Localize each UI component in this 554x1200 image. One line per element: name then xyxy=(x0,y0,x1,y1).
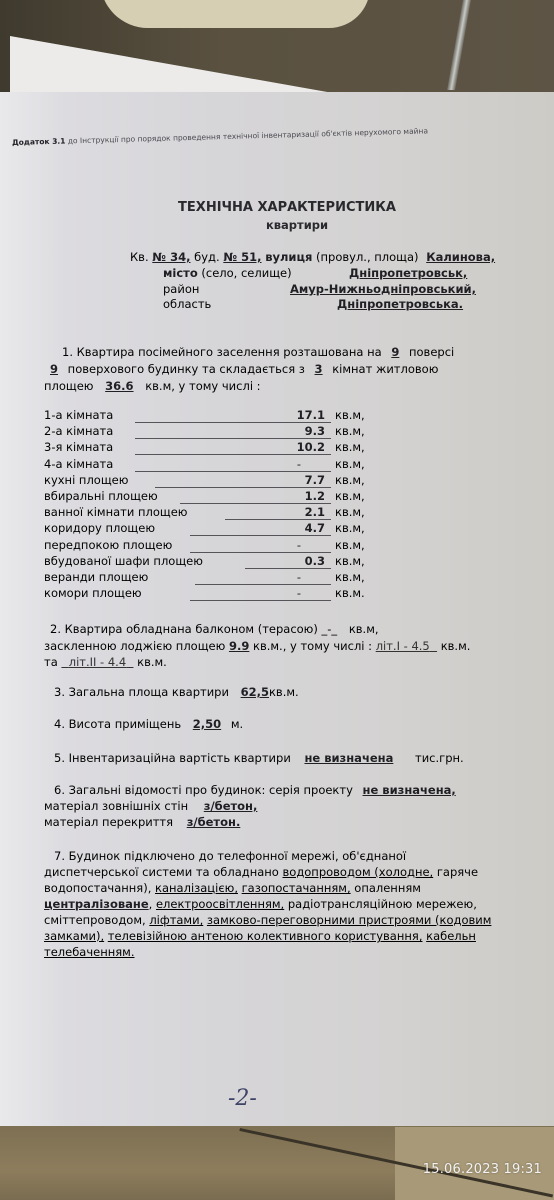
room-area-label: 3-я кімната xyxy=(44,440,135,454)
section-2-line-1: 2. Квартира обладнана балконом (терасою)… xyxy=(50,622,379,636)
room-area-label: 1-а кімната xyxy=(44,408,135,422)
room-area-row: 4-а кімната-кв.м, xyxy=(44,457,365,472)
address-line-city: місто (село, селище) xyxy=(163,266,292,280)
heating-value: централізоване xyxy=(44,897,149,911)
room-area-row: 2-а кімната9.3кв.м, xyxy=(44,424,365,439)
room-area-value: - xyxy=(190,538,331,553)
room-area-row: передпокою площею-кв.м, xyxy=(44,538,365,553)
room-area-unit: кв.м. xyxy=(335,586,365,600)
room-area-unit: кв.м, xyxy=(335,505,365,519)
street-name: Калинова, xyxy=(426,250,495,264)
room-area-label: ванної кімнати площею xyxy=(44,505,225,519)
section-5: 5. Інвентаризаційна вартість квартири не… xyxy=(54,751,464,765)
background-object xyxy=(100,0,370,28)
section-6-line-2: матеріал зовнішніх стін з/бетон, xyxy=(44,799,257,813)
document-title: ТЕХНІЧНА ХАРАКТЕРИСТИКА xyxy=(0,200,554,215)
total-floors-value: 9 xyxy=(44,362,64,376)
project-series-value: не визначена, xyxy=(363,783,456,797)
room-area-value: 0.3 xyxy=(245,554,331,569)
room-area-value: 10.2 xyxy=(135,440,331,455)
room-area-unit: кв.м, xyxy=(335,538,365,552)
room-area-label: 4-а кімната xyxy=(44,457,135,471)
address-line-1: Кв. № 34, буд. № 51, вулиця (провул., пл… xyxy=(130,250,495,264)
room-area-row: 1-а кімната17.1кв.м, xyxy=(44,408,365,423)
room-area-unit: кв.м, xyxy=(335,424,365,438)
room-area-value: - xyxy=(190,586,331,601)
room-area-value: 1.2 xyxy=(180,489,331,504)
room-area-label: 2-а кімната xyxy=(44,424,135,438)
room-area-value: 7.7 xyxy=(155,473,331,488)
living-area-value: 36.6 xyxy=(97,379,141,393)
region-name: Дніпропетровська. xyxy=(337,297,463,311)
loggia-part-1: літ.І - 4.5 xyxy=(376,639,437,653)
room-area-unit: кв.м, xyxy=(335,489,365,503)
room-area-label: вбиральні площею xyxy=(44,489,180,503)
header-note-prefix: Додаток 3.1 xyxy=(12,137,66,147)
section-7-line-4: централізоване, електроосвітленням, раді… xyxy=(44,897,477,911)
district-name: Амур-Нижньодніпровський, xyxy=(290,282,476,296)
section-6-line-1: 6. Загальні відомості про будинок: серія… xyxy=(54,783,456,797)
loggia-part-2: літ.ІІ - 4.4 xyxy=(61,655,133,669)
document-subtitle: квартири xyxy=(0,218,554,232)
section-1-line-2: 9 поверхового будинку та складається з 3… xyxy=(44,362,438,376)
section-1-line-1: 1. Квартира посімейного заселення розташ… xyxy=(62,345,454,359)
inventory-value: не визначена xyxy=(304,751,405,765)
room-area-value: 17.1 xyxy=(135,408,331,423)
section-6-line-3: матеріал перекриття з/бетон. xyxy=(44,815,240,829)
section-7-line-1: 7. Будинок підключено до телефонної мере… xyxy=(54,849,406,863)
room-area-row: кухні площею7.7кв.м, xyxy=(44,473,365,488)
section-7-line-7: телебаченням. xyxy=(44,945,135,959)
section-7-line-5: сміттепроводом, ліфтами, замково-перегов… xyxy=(44,913,491,927)
building-number: № 51, xyxy=(223,250,261,264)
room-area-row: вбудованої шафи площею0.3кв.м, xyxy=(44,554,365,569)
room-area-row: 3-я кімната10.2кв.м, xyxy=(44,440,365,455)
page-number-handwritten: -2- xyxy=(228,1086,257,1111)
room-area-row: комори площею-кв.м. xyxy=(44,586,365,601)
walls-material-value: з/бетон, xyxy=(204,799,258,813)
room-area-unit: кв.м, xyxy=(335,473,365,487)
document-page xyxy=(0,92,554,1126)
room-area-row: коридору площею4.7кв.м, xyxy=(44,521,365,536)
section-1-line-3: площею 36.6 кв.м, у тому числі : xyxy=(44,379,261,393)
section-7-line-3: водопостачання), каналізацією, газопоста… xyxy=(44,881,421,895)
room-area-value: 4.7 xyxy=(190,521,331,536)
city-name: Дніпропетровськ, xyxy=(349,266,467,280)
room-area-unit: кв.м, xyxy=(335,457,365,471)
apartment-number: № 34, xyxy=(152,250,190,264)
room-area-label: веранди площею xyxy=(44,570,195,584)
floor-value: 9 xyxy=(385,345,405,359)
room-area-label: коридору площею xyxy=(44,521,190,535)
total-area-value: 62,5 xyxy=(241,685,269,699)
room-area-value: - xyxy=(135,457,331,472)
room-area-row: вбиральні площею1.2кв.м, xyxy=(44,489,365,504)
loggia-value: 9.9 xyxy=(229,639,249,653)
ceiling-height-value: 2,50 xyxy=(193,717,227,731)
section-3: 3. Загальна площа квартири 62,5кв.м. xyxy=(54,685,299,699)
room-area-value: 9.3 xyxy=(135,424,331,439)
room-area-value: - xyxy=(195,570,331,585)
rooms-count-value: 3 xyxy=(309,362,329,376)
room-area-label: вбудованої шафи площею xyxy=(44,554,245,568)
room-area-unit: кв.м, xyxy=(335,521,365,535)
photo-timestamp: 15.06.2023 19:31 xyxy=(423,1162,542,1177)
section-7-line-6: замками), телевізійною антеною колективн… xyxy=(44,929,476,943)
room-area-label: кухні площею xyxy=(44,473,155,487)
section-2-line-2: заскленною лоджією площею 9.9 кв.м., у т… xyxy=(44,639,470,653)
room-area-label: передпокою площею xyxy=(44,538,190,552)
room-area-label: комори площею xyxy=(44,586,190,600)
section-2-line-3: та літ.ІІ - 4.4 кв.м. xyxy=(44,655,167,669)
room-area-unit: кв.м, xyxy=(335,408,365,422)
room-area-row: веранди площею-кв.м, xyxy=(44,570,365,585)
room-area-value: 2.1 xyxy=(225,505,331,520)
room-area-row: ванної кімнати площею2.1кв.м, xyxy=(44,505,365,520)
room-area-unit: кв.м, xyxy=(335,554,365,568)
ceiling-material-value: з/бетон. xyxy=(187,815,241,829)
district-label: район xyxy=(163,282,199,296)
region-label: область xyxy=(163,297,211,311)
section-7-line-2: диспетчерської системи та обладнано водо… xyxy=(44,865,478,879)
room-area-unit: кв.м, xyxy=(335,440,365,454)
room-area-unit: кв.м, xyxy=(335,570,365,584)
section-4: 4. Висота приміщень 2,50 м. xyxy=(54,717,243,731)
balcony-value: _-_ xyxy=(322,622,338,636)
